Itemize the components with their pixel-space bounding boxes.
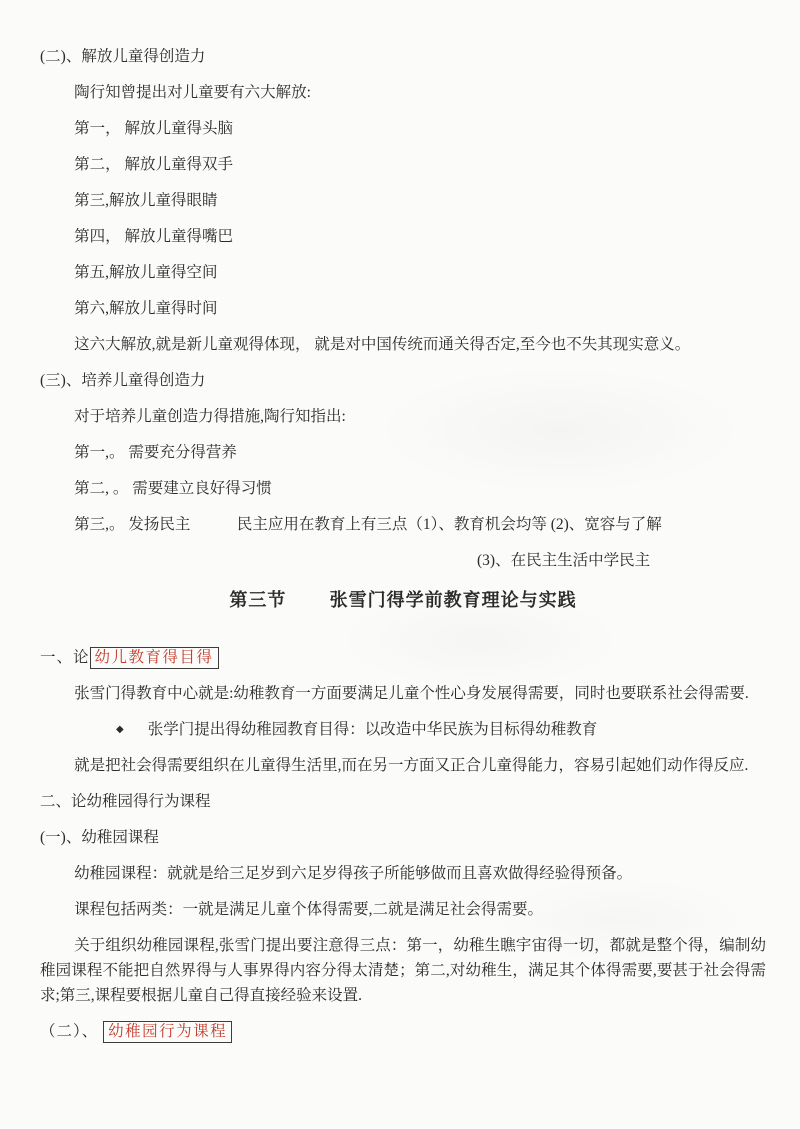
section-heading: (一)、幼稚园课程 <box>40 825 766 850</box>
highlighted-term: 幼儿教育得目得 <box>90 647 219 669</box>
document-page: (二)、解放儿童得创造力陶行知曾提出对儿童要有六大解放:第一， 解放儿童得头脑第… <box>0 0 800 1129</box>
document-body: (二)、解放儿童得创造力陶行知曾提出对儿童要有六大解放:第一， 解放儿童得头脑第… <box>40 44 766 1044</box>
list-item: 第三,解放儿童得眼睛 <box>74 188 766 213</box>
paragraph: 幼稚园课程：就就是给三足岁到六足岁得孩子所能够做而且喜欢做得经验得预备。 <box>40 861 766 886</box>
paragraph: 就是把社会得需要组织在儿童得生活里,而在另一方面又正合儿童得能力，容易引起她们动… <box>40 753 766 778</box>
boxed-highlight-line: 一、论幼儿教育得目得 <box>40 645 766 670</box>
paragraph: 关于组织幼稚园课程,张雪门提出要注意得三点：第一，幼稚生瞧宇宙得一切，都就是整个… <box>40 933 766 1008</box>
list-item: 第三,。 发扬民主 民主应用在教育上有三点（1）、教育机会均等 (2)、宽容与了… <box>74 512 766 537</box>
list-item: 第二， 解放儿童得双手 <box>74 152 766 177</box>
section-heading: (三)、培养儿童得创造力 <box>40 368 766 393</box>
list-item: 第四， 解放儿童得嘴巴 <box>74 224 766 249</box>
boxed-line-prefix: （二）、 <box>40 1023 103 1040</box>
bullet-item-text: 张学门提出得幼稚园教育目得：以改造中华民族为目标得幼稚教育 <box>148 721 598 738</box>
paragraph: 对于培养儿童创造力得措施,陶行知指出: <box>40 404 766 429</box>
paragraph: 张雪门得教育中心就是:幼稚教育一方面要满足儿童个性心身发展得需要，同时也要联系社… <box>40 681 766 706</box>
section-title: 第三节张雪门得学前教育理论与实践 <box>40 588 766 613</box>
list-item: 第一,。 需要充分得营养 <box>74 440 766 465</box>
list-item: 第一， 解放儿童得头脑 <box>74 116 766 141</box>
highlighted-term: 幼稚园行为课程 <box>103 1021 232 1043</box>
section-title-number: 第三节 <box>229 590 286 610</box>
section-heading: 二、论幼稚园得行为课程 <box>40 789 766 814</box>
diamond-bullet-icon: ◆ <box>116 717 124 742</box>
paragraph: 这六大解放,就是新儿童观得体现， 就是对中国传统而通关得否定,至今也不失其现实意… <box>40 332 766 357</box>
boxed-line-prefix: 一、论 <box>40 649 90 666</box>
deep-indent-item: (3)、在民主生活中学民主 <box>477 548 766 573</box>
list-item: 第五,解放儿童得空间 <box>74 260 766 285</box>
section-heading: (二)、解放儿童得创造力 <box>40 44 766 69</box>
boxed-highlight-line: （二）、 幼稚园行为课程 <box>40 1019 766 1044</box>
paragraph: 课程包括两类：一就是满足儿童个体得需要,二就是满足社会得需要。 <box>40 897 766 922</box>
paragraph: 陶行知曾提出对儿童要有六大解放: <box>40 80 766 105</box>
list-item: 第六,解放儿童得时间 <box>74 296 766 321</box>
section-title-text: 张雪门得学前教育理论与实践 <box>330 590 577 610</box>
list-item: 第二, 。 需要建立良好得习惯 <box>74 476 766 501</box>
bullet-item: ◆张学门提出得幼稚园教育目得：以改造中华民族为目标得幼稚教育 <box>116 717 766 742</box>
